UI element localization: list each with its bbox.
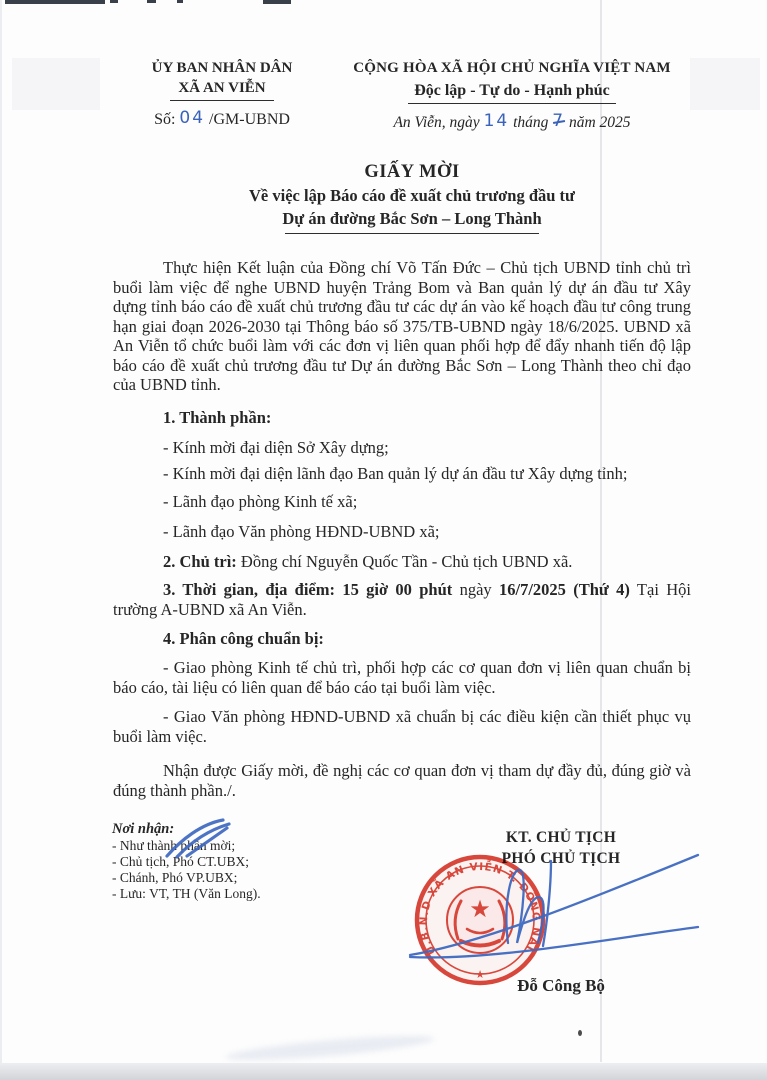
date-suffix: năm 2025	[565, 114, 630, 131]
scan-artifact-top-dash	[110, 0, 118, 3]
scan-bottom-shadow	[0, 1063, 767, 1080]
handwritten-scribble	[157, 814, 239, 862]
scan-smudge	[225, 1031, 436, 1065]
section2-text: Đồng chí Nguyễn Quốc Tần - Chủ tịch UBND…	[237, 552, 573, 571]
section1-heading: 1. Thành phần:	[113, 408, 691, 428]
document-title: GIẤY MỜI	[113, 160, 711, 184]
document-title-block: GIẤY MỜI Về việc lập Báo cáo đề xuất chủ…	[113, 160, 711, 234]
section3-label: 3. Thời gian, địa điểm:	[163, 580, 342, 599]
recipient-item: - Lưu: VT, TH (Văn Long).	[112, 886, 372, 902]
place-date-line: An Viễn, ngày 14 tháng 7 năm 2025	[331, 112, 693, 132]
date-prefix: An Viễn, ngày	[393, 114, 483, 131]
document-number-line: Số: 04 /GM-UBND	[128, 109, 316, 129]
section1-item: - Kính mời đại diện lãnh đạo Ban quản lý…	[113, 464, 691, 484]
number-handwritten: 04	[179, 108, 205, 128]
national-title: CỘNG HÒA XÃ HỘI CHỦ NGHĨA VIỆT NAM	[331, 58, 693, 78]
title-underline	[285, 233, 539, 234]
closing-paragraph: Nhận được Giấy mời, đề nghị các cơ quan …	[113, 761, 691, 800]
intro-paragraph: Thực hiện Kết luận của Đồng chí Võ Tấn Đ…	[113, 258, 691, 395]
issuing-org-block: ỦY BAN NHÂN DÂN XÃ AN VIỄN Số: 04 /GM-UB…	[128, 58, 316, 132]
number-label: Số:	[154, 111, 179, 128]
section4-heading: 4. Phân công chuẩn bị:	[113, 629, 691, 649]
scanned-document-page: ỦY BAN NHÂN DÂN XÃ AN VIỄN Số: 04 /GM-UB…	[0, 0, 767, 1080]
scan-shade-right	[690, 58, 760, 110]
org-name-line1: ỦY BAN NHÂN DÂN	[128, 58, 316, 78]
section3-line: 3. Thời gian, địa điểm: 15 giờ 00 phút n…	[113, 580, 691, 619]
document-subtitle-2: Dự án đường Bắc Sơn – Long Thành	[113, 207, 711, 230]
scan-shade-left	[12, 58, 100, 110]
section2-line: 2. Chủ trì: Đồng chí Nguyễn Quốc Tần - C…	[113, 552, 691, 572]
date-month-handwritten: 7	[552, 111, 565, 131]
scan-artifact-top-dash	[147, 0, 156, 3]
signer-name: Đỗ Công Bộ	[425, 976, 697, 996]
recipients-block: Nơi nhận: - Như thành phần mời; - Chủ tị…	[112, 820, 372, 902]
national-motto-block: CỘNG HÒA XÃ HỘI CHỦ NGHĨA VIỆT NAM Độc l…	[331, 58, 693, 132]
section3-mid: ngày	[452, 580, 499, 599]
section3-date: 16/7/2025 (Thứ 4)	[499, 580, 630, 599]
section1-item: - Lãnh đạo Văn phòng HĐND-UBND xã;	[113, 522, 691, 542]
national-motto: Độc lập - Tự do - Hạnh phúc	[408, 80, 616, 104]
scan-speck	[578, 1030, 582, 1036]
recipients-label: Nơi nhận:	[112, 820, 372, 838]
scan-artifact-top-dash	[5, 0, 105, 4]
section1-item: - Kính mời đại diện Sở Xây dựng;	[113, 438, 691, 458]
section4-item: - Giao Văn phòng HĐND-UBND xã chuẩn bị c…	[113, 707, 691, 746]
recipient-item: - Chánh, Phó VP.UBX;	[112, 870, 372, 886]
scan-artifact-top-dash	[263, 0, 291, 4]
date-day-handwritten: 14	[484, 111, 510, 131]
handwritten-signature	[393, 843, 713, 973]
scan-edge-line	[0, 0, 2, 1080]
recipient-item: - Như thành phần mời;	[112, 838, 372, 854]
section1-item: - Lãnh đạo phòng Kinh tế xã;	[113, 492, 691, 512]
document-header: ỦY BAN NHÂN DÂN XÃ AN VIỄN Số: 04 /GM-UB…	[113, 58, 693, 132]
number-suffix: /GM-UBND	[205, 111, 290, 128]
org-name-line2: XÃ AN VIỄN	[170, 78, 273, 101]
document-subtitle-1: Về việc lập Báo cáo đề xuất chủ trương đ…	[113, 184, 711, 207]
section3-time: 15 giờ 00 phút	[342, 580, 452, 599]
section4-item: - Giao phòng Kinh tế chủ trì, phối hợp c…	[113, 658, 691, 697]
section2-label: 2. Chủ trì:	[163, 552, 237, 571]
scan-artifact-top-dash	[177, 0, 183, 3]
recipient-item: - Chủ tịch, Phó CT.UBX;	[112, 854, 372, 870]
date-mid: tháng	[509, 114, 552, 131]
